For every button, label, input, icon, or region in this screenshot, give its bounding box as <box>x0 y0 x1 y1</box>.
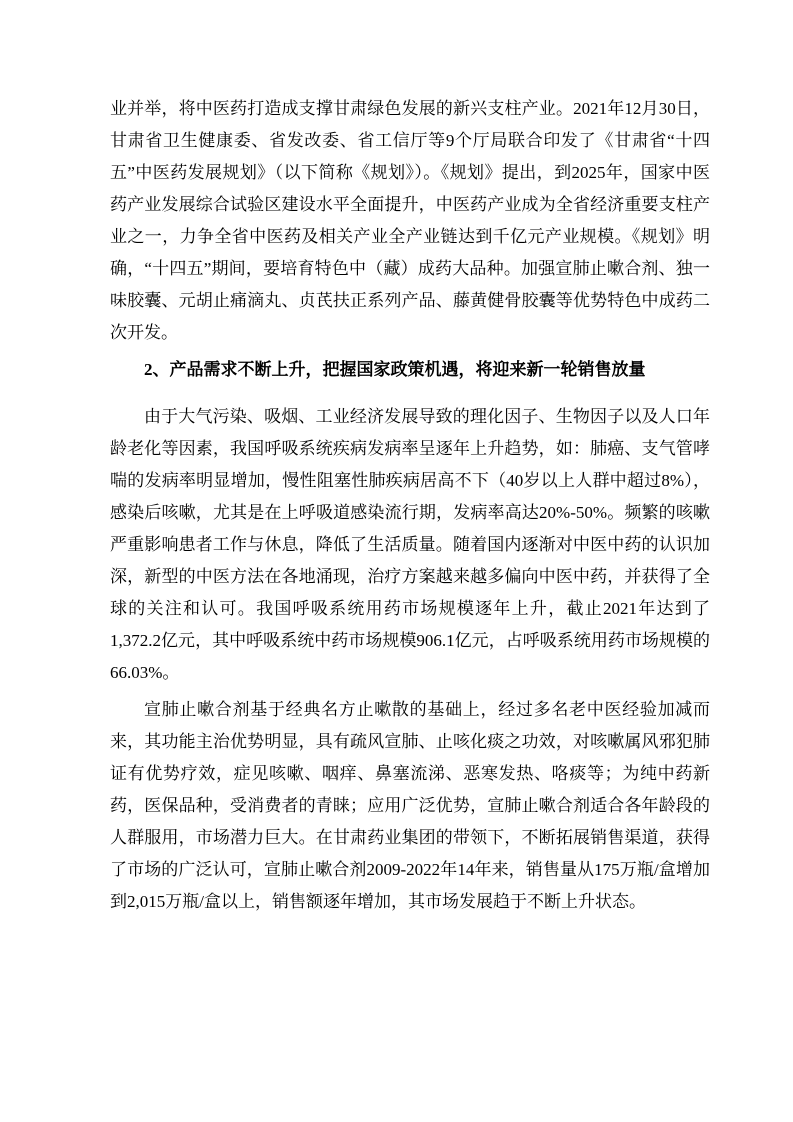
document-page: 业并举，将中医药打造成支撑甘肃绿色发展的新兴支柱产业。2021年12月30日，甘… <box>0 0 793 1122</box>
section-heading-2-product-demand: 2、产品需求不断上升，把握国家政策机遇，将迎来新一轮销售放量 <box>110 354 710 386</box>
paragraph-xuanfei-product-advantage: 宣肺止嗽合剂基于经典名方止嗽散的基础上，经过多名老中医经验加减而来，其功能主治优… <box>110 694 710 918</box>
paragraph-respiratory-market: 由于大气污染、吸烟、工业经济发展导致的理化因子、生物因子以及人口年龄老化等因素，… <box>110 401 710 689</box>
paragraph-policy-continuation: 业并举，将中医药打造成支撑甘肃绿色发展的新兴支柱产业。2021年12月30日，甘… <box>110 93 710 349</box>
